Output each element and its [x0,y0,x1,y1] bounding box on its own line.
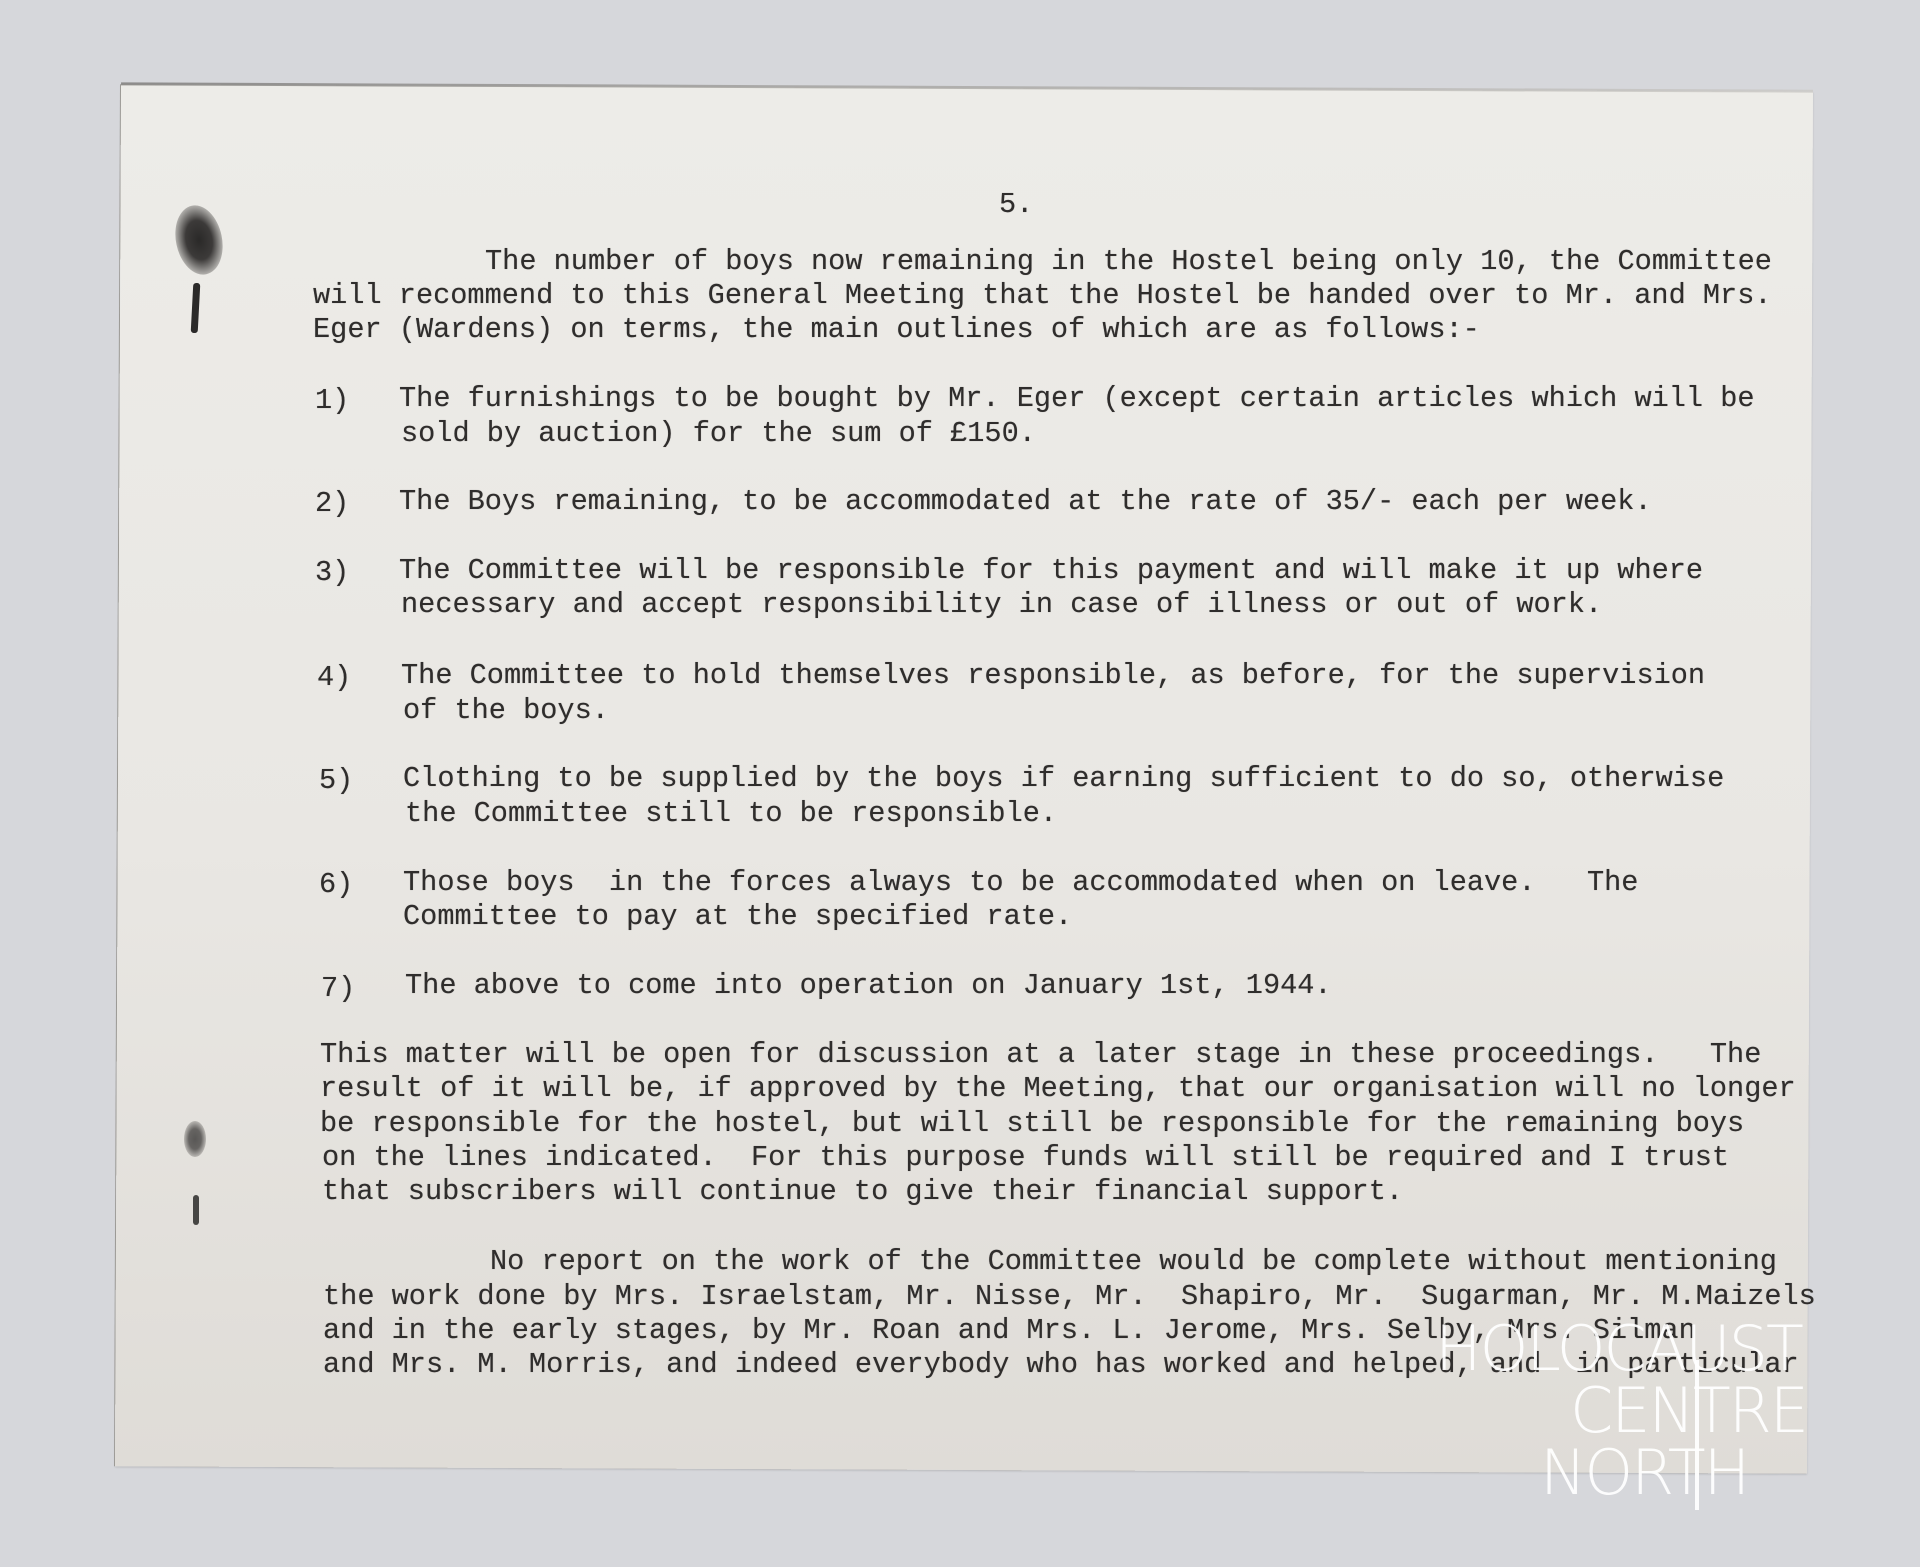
discussion-line: This matter will be open for discussion … [320,1038,1761,1072]
item-text: The furnishings to be bought by Mr. Eger… [399,382,1755,416]
item-number: 6) [319,868,353,902]
acknowledgement-line: No report on the work of the Committee w… [490,1245,1777,1279]
holocaust-centre-north-logo: HOLOCAUST CENTRE NORTH [1435,1318,1835,1518]
acknowledgement-line: the work done by Mrs. Israelstam, Mr. Ni… [323,1280,1816,1314]
discussion-line: result of it will be, if approved by the… [320,1072,1796,1106]
item-text: Clothing to be supplied by the boys if e… [403,762,1724,796]
item-number: 7) [321,972,355,1006]
item-number: 3) [315,556,349,590]
intro-line: The number of boys now remaining in the … [485,245,1772,279]
item-text: necessary and accept responsibility in c… [401,588,1602,622]
intro-line: will recommend to this General Meeting t… [313,279,1772,313]
discussion-line: be responsible for the hostel, but will … [320,1107,1744,1141]
page-number: 5. [999,188,1033,222]
item-number: 1) [315,384,349,418]
item-text: Committee to pay at the specified rate. [403,900,1072,934]
item-text: The above to come into operation on Janu… [405,969,1332,1003]
item-text: Those boys in the forces always to be ac… [403,866,1638,900]
intro-line: Eger (Wardens) on terms, the main outlin… [313,313,1480,347]
item-text: The Committee will be responsible for th… [399,554,1703,588]
item-number: 4) [317,661,351,695]
item-number: 5) [319,764,353,798]
item-text: The Boys remaining, to be accommodated a… [399,485,1652,519]
discussion-line: on the lines indicated. For this purpose… [322,1141,1729,1175]
logo-vertical-bar [1695,1360,1699,1510]
item-number: 2) [315,487,349,521]
item-text: the Committee still to be responsible. [405,797,1057,831]
item-text: The Committee to hold themselves respons… [401,659,1705,693]
discussion-line: that subscribers will continue to give t… [322,1175,1403,1209]
logo-line-north: NORTH [1540,1436,1748,1509]
paper-top-edge [121,82,1813,92]
ink-smudge-bottom [184,1121,206,1157]
item-text: sold by auction) for the sum of £150. [401,417,1036,451]
item-text: of the boys. [403,694,609,728]
ink-mark-bottom [193,1195,199,1225]
